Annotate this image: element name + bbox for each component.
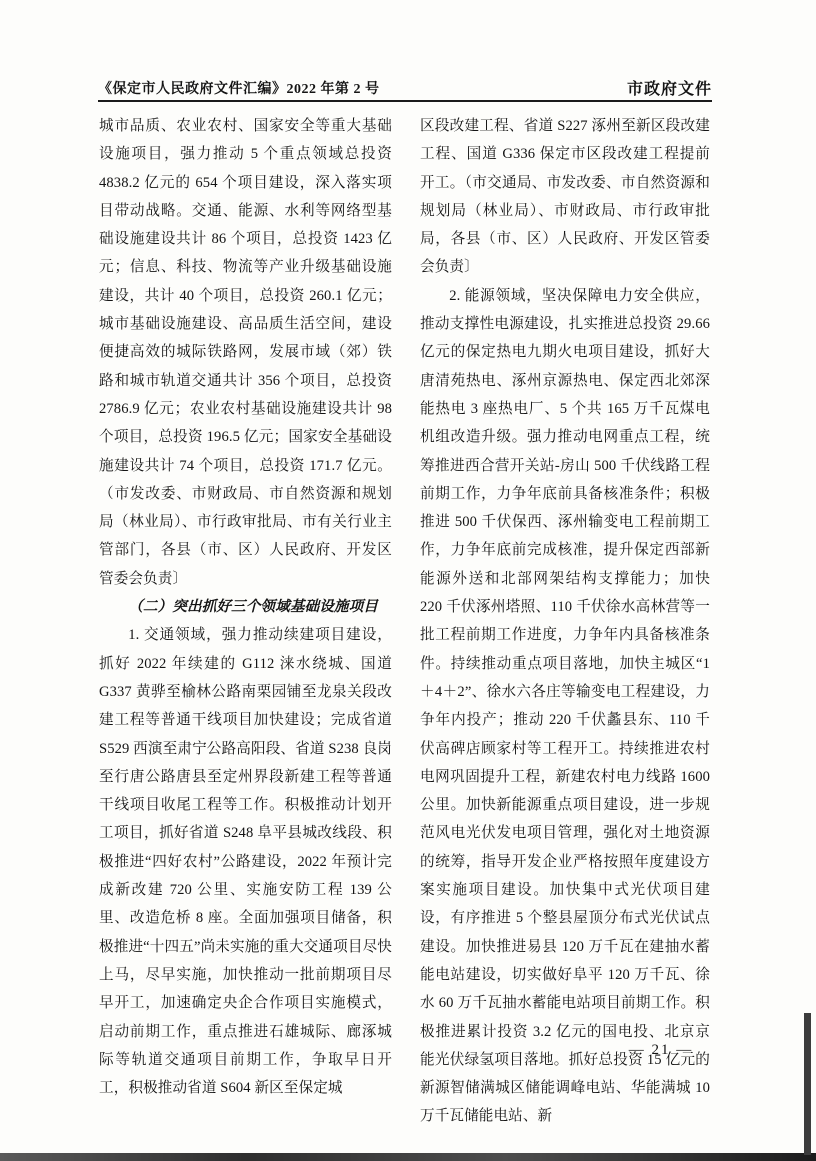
paragraph-energy: 2. 能源领域，坚决保障电力安全供应，推动支撑性电源建设，扎实推进总投资 29.… xyxy=(420,282,710,1131)
section-heading: （二）突出抓好三个领域基础设施项目 xyxy=(99,593,392,621)
paragraph-transport: 1. 交通领域，强力推动续建项目建设，抓好 2022 年续建的 G112 涞水绕… xyxy=(99,621,392,1102)
journal-title: 《保定市人民政府文件汇编》2022 年第 2 号 xyxy=(98,78,380,98)
header-rule xyxy=(98,100,712,102)
paragraph-overview-continuation: 城市品质、农业农村、国家安全等重大基础设施项目，强力推动 5 个重点领域总投资 … xyxy=(99,112,392,593)
scan-edge-bottom xyxy=(0,1153,816,1161)
left-column: 城市品质、农业农村、国家安全等重大基础设施项目，强力推动 5 个重点领域总投资 … xyxy=(99,112,392,1102)
scan-edge-right xyxy=(804,1013,811,1155)
right-column: 区段改建工程、省道 S227 涿州至新区段改建工程、国道 G336 保定市区段改… xyxy=(420,112,710,1131)
document-page: 市政府文件 《保定市人民政府文件汇编》2022 年第 2 号 城市品质、农业农村… xyxy=(0,0,816,1161)
paragraph-transport-continuation: 区段改建工程、省道 S227 涿州至新区段改建工程、国道 G336 保定市区段改… xyxy=(420,112,710,282)
page-number: — 21 — xyxy=(586,1042,736,1059)
